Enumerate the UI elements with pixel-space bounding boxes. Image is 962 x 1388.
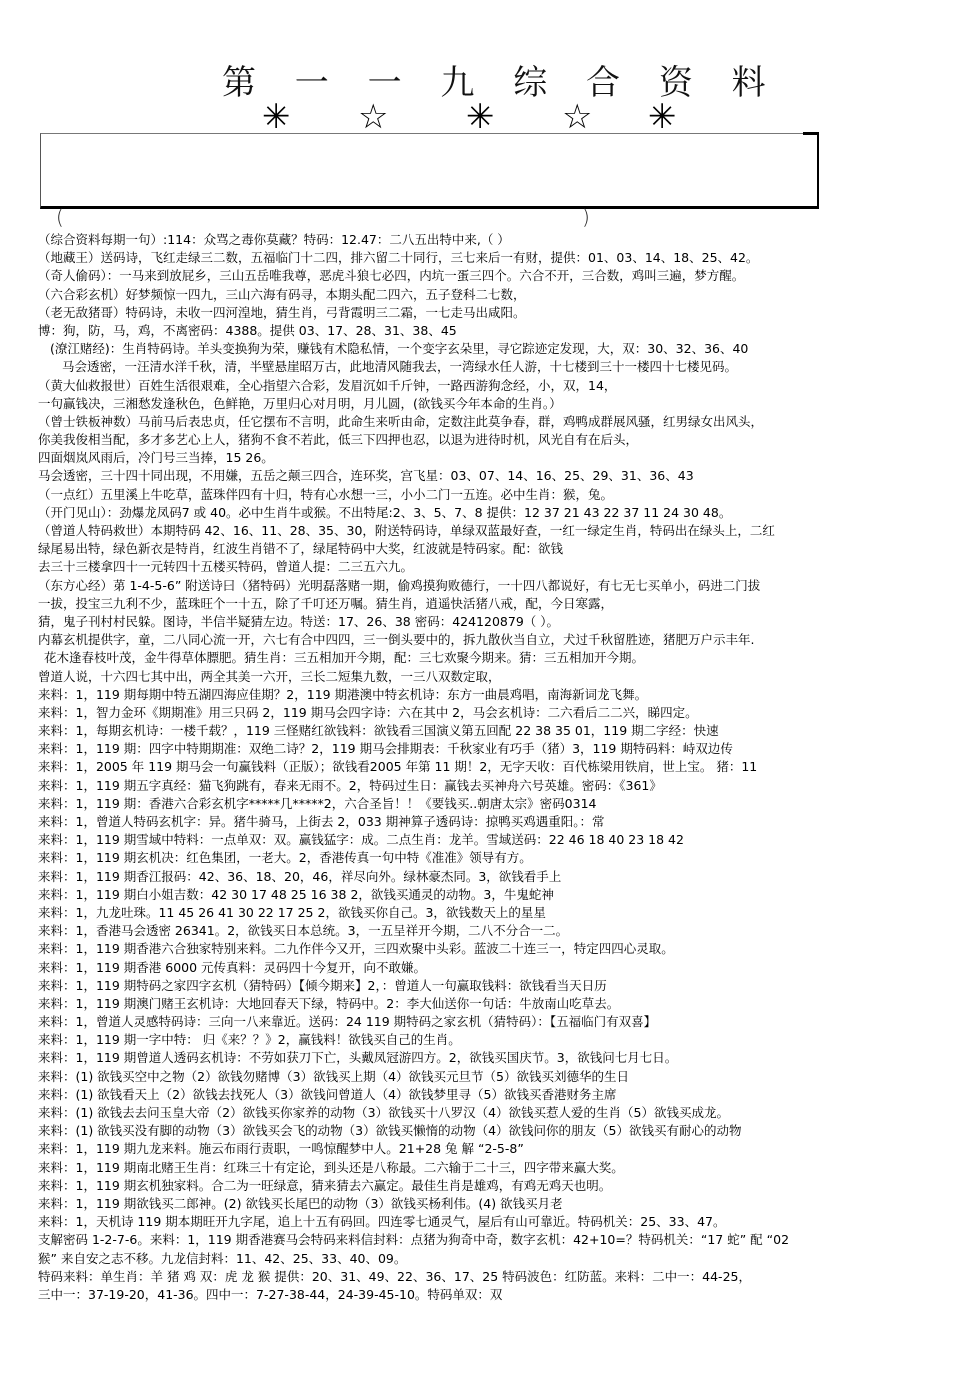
text-line: 支解密码 1-2-7-6。来料：1，119 期香港赛马会特码来料信封料：点猪为狗… <box>38 1231 938 1249</box>
text-line: 绿尾易出特，绿色新衣是特肖，红波生肖错不了，绿尾特码中大奖，红波就是特码家。配：… <box>38 540 938 558</box>
text-line: （老无敌猪哥）特码诗，未收一四河湟地，猜生肖，弓背霞明三二霜，一七走马出咸阳。 <box>38 304 938 322</box>
text-line: 你美我俊相当配，多才多艺心上人，猪狗不食不若此，低三下四押也忍，以退为进待时机，… <box>38 431 938 449</box>
open-paren: ( <box>56 205 64 229</box>
text-line: 来料：1，119 期：四字中特期期准：双绝二诗？2，119 期马会排期表：千秋家… <box>38 740 938 758</box>
text-line: 内幕玄机提供字，童，二八同心流一开，六七有合中四四，三一倒头要中的，拆九散伙当自… <box>38 631 938 649</box>
text-line: 花木逢春枝叶茂，金牛得草体膘肥。猜生肖：三五相加开今期，配：三七欢聚今期来。猜：… <box>38 649 938 667</box>
text-line: 来料：(1) 欲钱看天上（2）欲钱去找死人（3）欲钱问曾道人（4）欲钱梦里寻（5… <box>38 1086 938 1104</box>
box-corner-tab <box>803 132 819 135</box>
text-line: 来料：1，天机诗 119 期本期旺开九字尾，追上十五有码回。四连零七通灵气，屋后… <box>38 1213 938 1231</box>
text-line: 马会透密，三十四十同出现，不用嫌，五岳之颠三四合，连环奖，宫飞星：03、07、1… <box>38 467 938 485</box>
text-line: 来料：1，智力金环《期期准》用三只码 2，119 期马会四字诗：六在其中 2，马… <box>38 704 938 722</box>
text-line: 来料：(1) 欲钱去去问玉皇大帝（2）欲钱买你家养的动物（3）欲钱买十八罗汉（4… <box>38 1104 938 1122</box>
text-line: 来料：1，曾道人灵感特码诗：三向一八来靠近。送码：24 119 期特码之家玄机（… <box>38 1013 938 1031</box>
asterisk-star-icon: ✳ <box>648 100 677 134</box>
asterisk-star-icon: ✳ <box>262 100 291 134</box>
outline-star-icon: ☆ <box>358 100 388 134</box>
text-line: 来料：1，九龙吐珠。11 45 26 41 30 22 17 25 2，欲钱买你… <box>38 904 938 922</box>
text-line: 博：狗，防，马，鸡，不离密码：4388。提供 03、17、28、31、38、45 <box>38 322 938 340</box>
text-line: 来料：1，119 期九龙来料。施云布雨行责职，一鸣惊醒梦中人。21+28 兔 解… <box>38 1140 938 1158</box>
text-line: 来料：1，119 期特码之家四字玄机（猜特码）【倾今期来】2，：曾道人一句赢取钱… <box>38 977 938 995</box>
text-line: 来料：1，119 期雪域中特料：一点单双：双。赢钱猛字：成。二点生肖：龙羊。雪域… <box>38 831 938 849</box>
text-line: （黄大仙救报世）百姓生活很艰难，全心指望六合彩，发眉沉如千斤钟，一路西游狗念经，… <box>38 377 938 395</box>
text-line: （曾道人特码救世）本期特码 42、16、11、28、35、30，附送特码诗，单绿… <box>38 522 938 540</box>
blank-banner-box <box>40 133 819 209</box>
text-line: 曾道人说，十六四七其中出，两全其美一六开，三长二短集九数，一三八双数定取， <box>38 668 938 686</box>
text-line: 来料：(1) 欲钱买没有脚的动物（3）欲钱买会飞的动物（3）欲钱买懒惰的动物（4… <box>38 1122 938 1140</box>
text-line: 来料：1，119 期玄机独家料。合二为一旺绿意，猜来猜去六赢定。最佳生肖是雄鸡，… <box>38 1177 938 1195</box>
text-line: （地藏王）送码诗，飞红走绿三二数，五福临门十二四，排六留二十同行，三七来后一有财… <box>38 249 938 267</box>
text-line: 四面烟岚风雨后，冷门号三当捧，15 26。 <box>38 449 938 467</box>
text-line: 来料：1，119 期南北赌王生肖：红珠三十有定论，到头还是八称最。二六输于二十三… <box>38 1159 938 1177</box>
text-line: （一点红）五里溪上牛吃草，蓝珠伴四有十归，特有心水想一三，小小二门一五连。必中生… <box>38 486 938 504</box>
text-line: （开门见山）：劲爆龙凤码7 或 40。必中生肖牛或猴。不出特尾:2、3、5、7、… <box>38 504 938 522</box>
text-line: 来料：1，每期玄机诗：一楼千载？，119 三怪赌红欲钱料：欲钱看三国演义第五回配… <box>38 722 938 740</box>
text-line: 来料：1，2005 年 119 期马会一句赢钱料（正版）；欲钱看2005 年第 … <box>38 758 938 776</box>
text-line: 三中一：37-19-20，41-36。四中一：7-27-38-44，24-39-… <box>38 1286 938 1304</box>
text-line: 去三十三楼拿四十一元转四十五楼买特码，曾道人提：二三五六九。 <box>38 558 938 576</box>
text-line: 来料：1，香港马会透密 26341。2，欲钱买日本总统。3，一五呈祥开今期，二八… <box>38 922 938 940</box>
text-line: （六合彩玄机）好梦频惊一四九，三山六海有码寻，本期头配二四六，五子登科二七数， <box>38 286 938 304</box>
text-line: 来料：1，119 期曾道人透码玄机诗：不劳如获刀下亡，头戴凤冠游四方。2，欲钱买… <box>38 1049 938 1067</box>
text-line: 来料：1，119 期五字真经：猫飞狗跳有，春来无雨不。2，特码过生日：赢钱去买神… <box>38 777 938 795</box>
text-line: 来料：1，119 期香港六合独家特别来料。二九作伴今又开，三四欢聚中头彩。蓝波二… <box>38 940 938 958</box>
text-line: 来料：1，119 期玄机决：红色集团，一老大。2，香港传真一句中特《准准》领导有… <box>38 849 938 867</box>
text-line: 来料：1，曾道人特码玄机字：异。猪牛骑马，上街去 2，033 期神算子透码诗：掠… <box>38 813 938 831</box>
text-line: 一句赢钱决，三湘愁发逢秋色，色鲜艳，万里归心对月明，月儿圆，(欲钱买今年本命的生… <box>38 395 938 413</box>
text-line: 猴” 来自安之志不移。九龙信封料：11、42、25、33、40、09。 <box>38 1250 938 1268</box>
text-line: 一拔，投宝三九利不少，蓝珠旺个一十五，除了千叮还万嘱。猜生肖，逍遥快活猪八戒，配… <box>38 595 938 613</box>
text-line: 来料：1，119 期一字中特： 归《来？？》2，赢钱料！欲钱买自己的生肖。 <box>38 1031 938 1049</box>
text-line: 猜，鬼子刊村村民躲。图诗，半信半疑猜左边。特送：17、26、38 密码：4241… <box>38 613 938 631</box>
text-line: 来料：1，119 期香港 6000 元传真料：灵码四十今复开，向不敢嫌。 <box>38 959 938 977</box>
text-line: 特码来料：单生肖：羊 猪 鸡 双：虎 龙 猴 提供：20、31、49、22、36… <box>38 1268 938 1286</box>
document-body: （综合资料每期一句）:114：众骂之毒你莫藏？特码：12.47：二八五出特中来,… <box>38 231 938 1304</box>
text-line: 来料：1，119 期白小姐吉数：42 30 17 48 25 16 38 2，欲… <box>38 886 938 904</box>
close-paren: ) <box>582 205 590 229</box>
text-line: 来料：1，119 期：香港六合彩玄机字*****几*****2，六合圣旨！！《要… <box>38 795 938 813</box>
asterisk-star-icon: ✳ <box>466 100 495 134</box>
text-line: （曾士铁板神数）马前马后表忠贞，任它摆布不言明，此命生来听由命，定数注此莫争春，… <box>38 413 938 431</box>
outline-star-icon: ☆ <box>562 100 592 134</box>
text-line: （综合资料每期一句）:114：众骂之毒你莫藏？特码：12.47：二八五出特中来,… <box>38 231 938 249</box>
text-line: 来料：1，119 期澳门赌王玄机诗：大地回春天下绿，特码中。2：李大仙送你一句话… <box>38 995 938 1013</box>
text-line: （奇人偷码）：一马来到放屁乡，三山五岳唯我尊，恶虎斗狼七必四，内坑一蛋三四个。六… <box>38 267 938 285</box>
text-line: (潦江赌经)：生肖特码诗。羊头变换狗为荣，赚钱有术隐私情，一个变字玄朵里，寻它踪… <box>38 340 938 358</box>
text-line: 来料：(1) 欲钱买空中之物（2）欲钱勿赌博（3）欲钱买上期（4）欲钱买元旦节（… <box>38 1068 938 1086</box>
text-line: 来料：1，119 期每期中特五湖四海应佳期？2，119 期港澳中特玄机诗：东方一… <box>38 686 938 704</box>
text-line: （东方心经）苐 1-4-5-6” 附送诗曰（猪特码）光明磊落赌一期，偷鸡摸狗败德… <box>38 577 938 595</box>
text-line: 来料：1，119 期香江报码：42、36、18、20，46，祥尽向外。绿林豪杰同… <box>38 868 938 886</box>
text-line: 来料：1，119 期欲钱买二郎神。(2) 欲钱买长尾巴的动物（3）欲钱买杨利伟。… <box>38 1195 938 1213</box>
blank-paren-row: ( ) <box>0 205 962 233</box>
text-line: 马会透密，一汪清水洋千秋，清，半壁悬崖昭万古，此地清风随我去，一湾绿水任人游，十… <box>38 358 938 376</box>
